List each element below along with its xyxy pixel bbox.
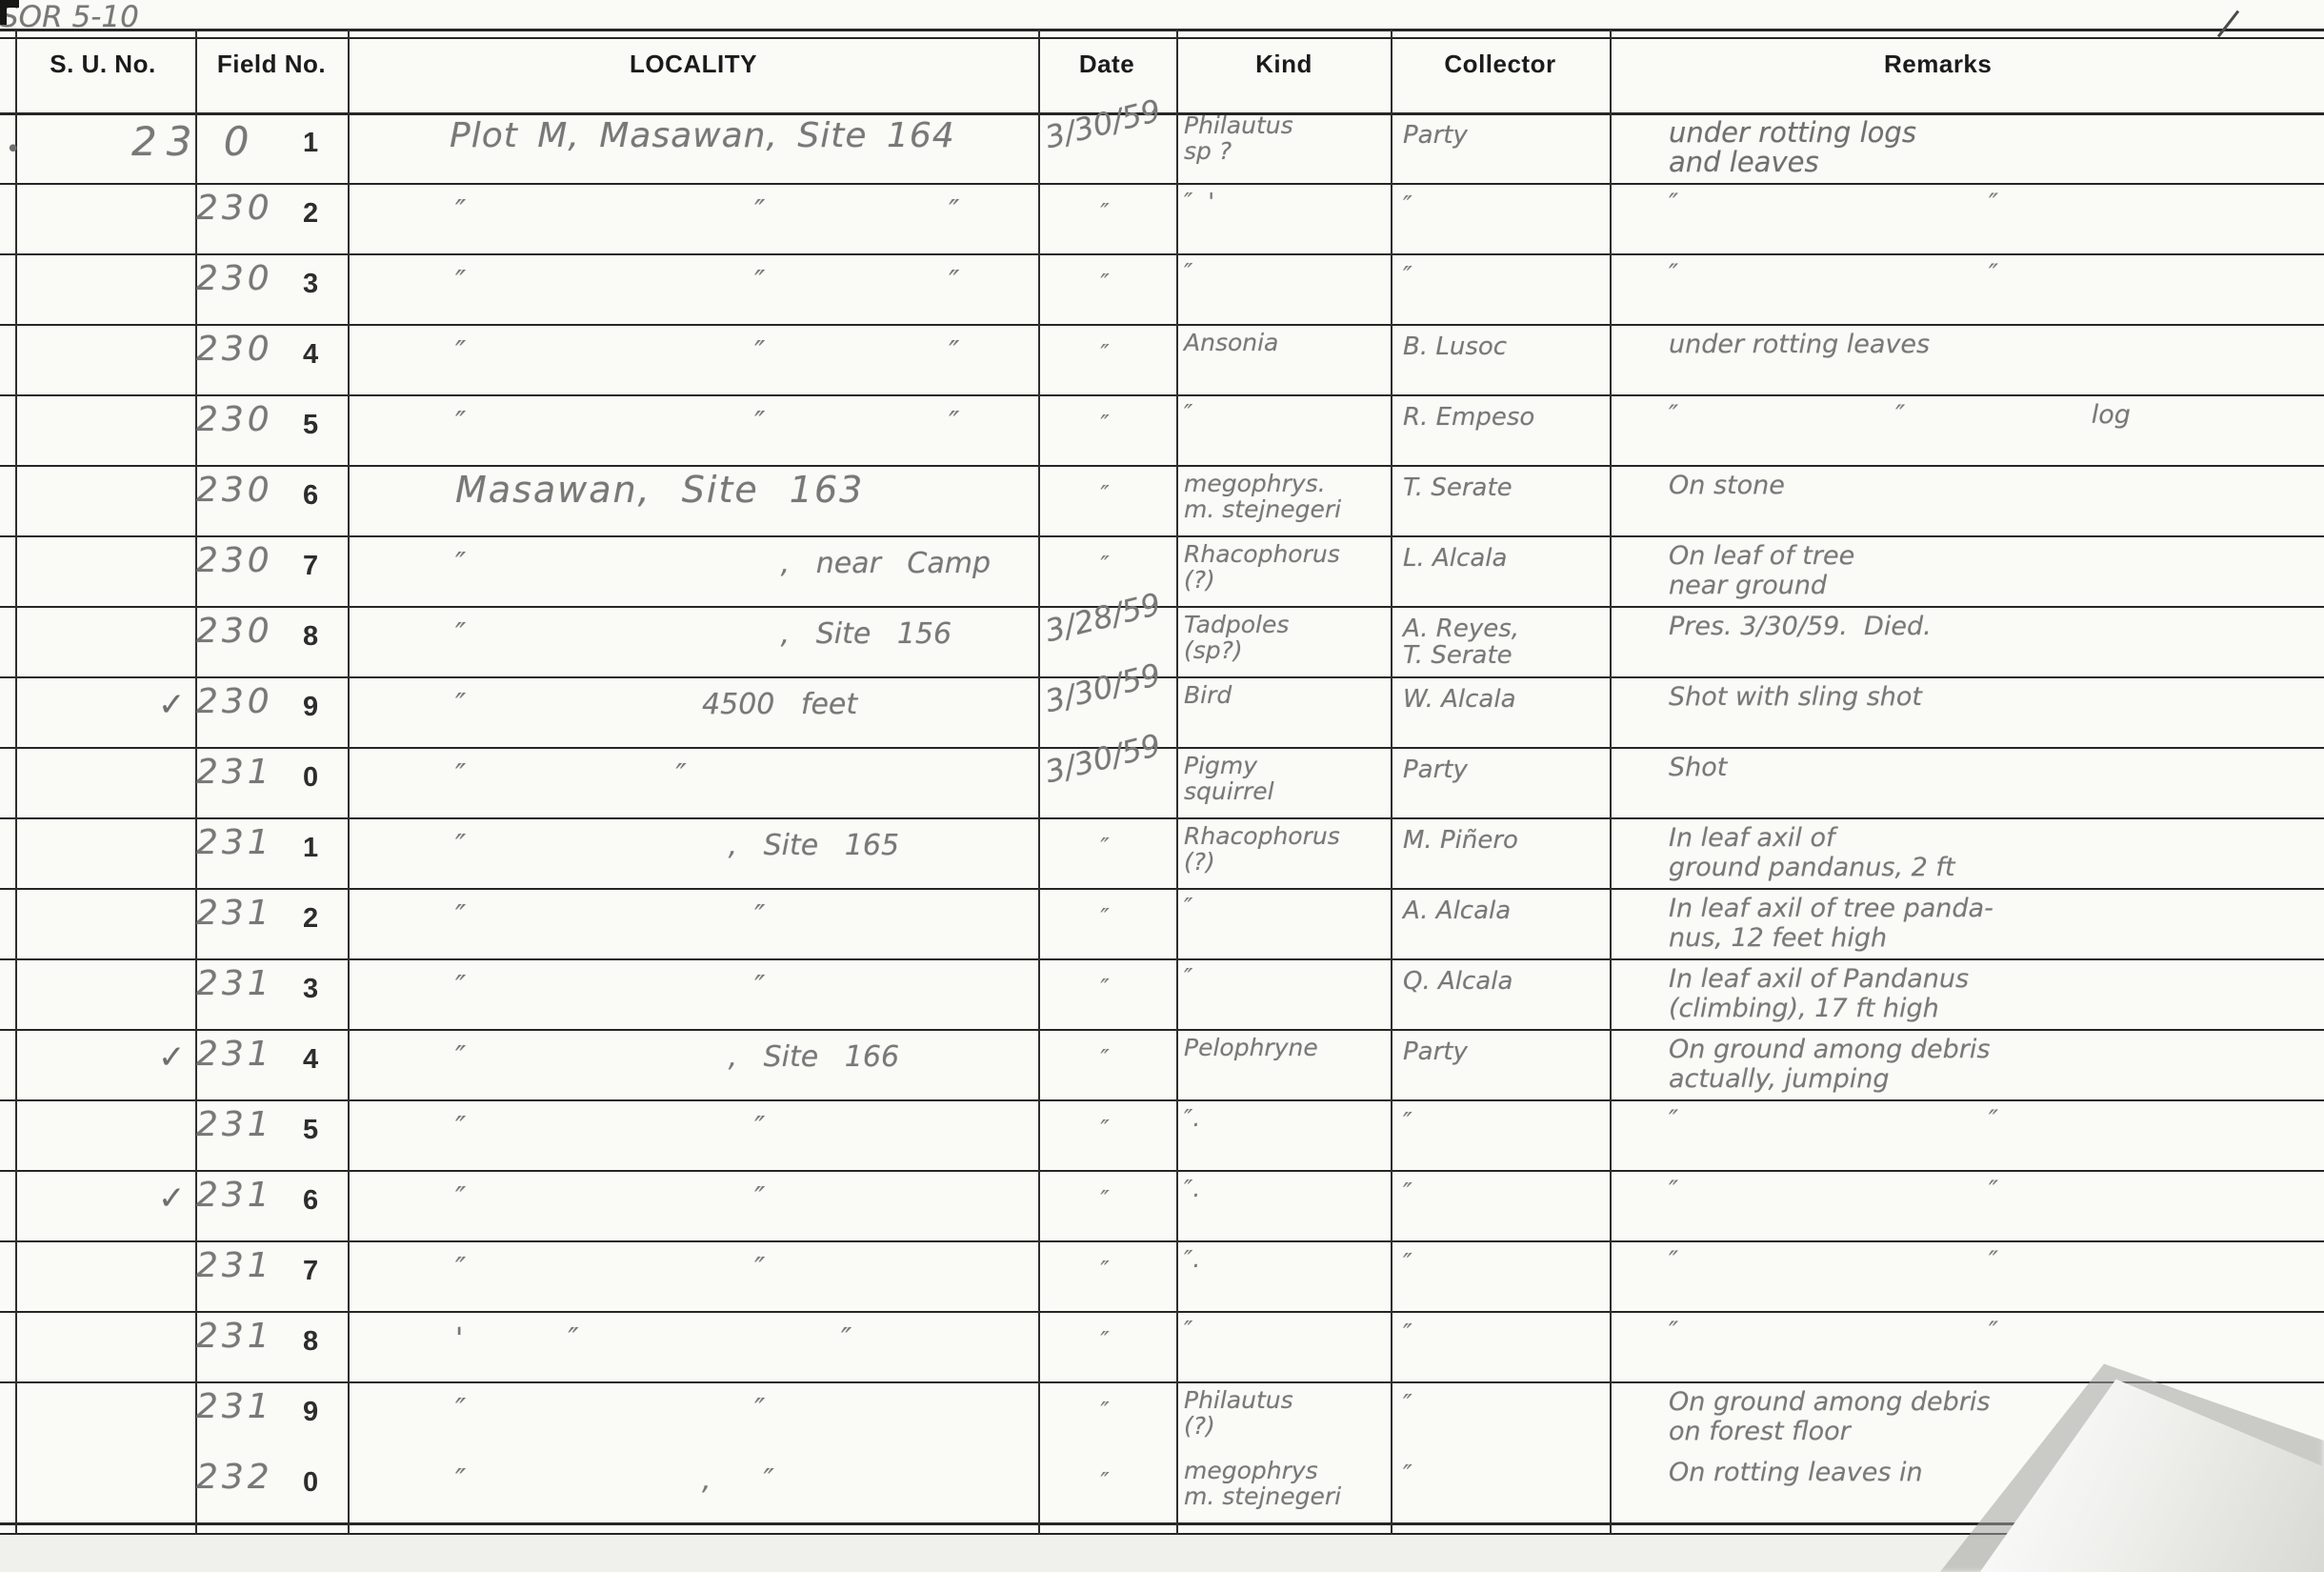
date-cell: ″ — [1038, 1467, 1172, 1495]
field-no-printed: 5 — [303, 410, 318, 441]
locality-cell: ″ ″ ″ — [455, 406, 959, 439]
locality-cell: ″ ″ — [455, 758, 687, 792]
kind-cell: ″ ' — [1184, 189, 1398, 214]
field-no-printed: 6 — [303, 1185, 318, 1217]
field-no-printed: 6 — [303, 480, 318, 512]
column-header-su-no: S. U. No. — [27, 50, 179, 79]
locality-cell: ″ ″ — [455, 1252, 765, 1285]
table-row: 231 0 ″ ″ 3/30/59 Pigmy squirrel Party S… — [0, 747, 2324, 817]
column-header-kind: Kind — [1179, 50, 1389, 79]
table-row: 232 0 ″ , ″ ″ megophrys m. stejnegeri ″ … — [0, 1452, 2324, 1522]
field-no-handwritten: 230 — [196, 189, 273, 228]
field-no-printed: 4 — [303, 339, 318, 371]
margin-dot: • — [6, 135, 20, 164]
scan-bottom-strip — [0, 1535, 2324, 1572]
locality-cell: ″ ″ — [455, 1111, 765, 1144]
collector-cell: ″ — [1403, 1320, 1608, 1347]
collector-cell: Q. Alcala — [1403, 968, 1608, 995]
field-no-printed: 7 — [303, 1256, 318, 1287]
date-cell: ″ — [1038, 1397, 1172, 1424]
collector-cell: ″ — [1403, 1109, 1608, 1136]
table-row: 231 3 ″ ″ ″ ″ Q. Alcala In leaf axil of … — [0, 958, 2324, 1029]
kind-cell: megophrys m. stejnegeri — [1184, 1458, 1398, 1509]
table-row: 231 1 ″ , Site 165 ″ Rhacophorus (?) M. … — [0, 817, 2324, 888]
table-row: ✓ 231 6 ″ ″ ″ ″. ″ ″ ″ — [0, 1170, 2324, 1240]
check-mark: ✓ — [158, 1179, 186, 1218]
field-no-printed: 3 — [303, 974, 318, 1005]
date-cell: ″ — [1038, 1115, 1172, 1142]
date-cell: ″ — [1038, 833, 1172, 860]
table-row: 231 8 ' ″ ″ ″ ″ ″ ″ ″ — [0, 1311, 2324, 1381]
remarks-cell: In leaf axil of ground pandanus, 2 ft — [1669, 823, 2324, 882]
date-cell: ″ — [1038, 1326, 1172, 1354]
column-header-collector: Collector — [1392, 50, 1608, 79]
remarks-cell: ″ ″ log — [1669, 400, 2324, 430]
collector-cell: ″ — [1403, 1179, 1608, 1206]
collector-cell: A. Reyes, T. Serate — [1403, 615, 1608, 669]
kind-cell: ″ — [1184, 400, 1398, 426]
kind-cell: Bird — [1184, 682, 1398, 708]
collector-cell: Party — [1403, 756, 1608, 783]
kind-cell: ″ — [1184, 894, 1398, 919]
kind-cell: Rhacophorus (?) — [1184, 823, 1398, 875]
date-cell: 3/30/59 — [1033, 91, 1172, 158]
locality-cell: ″ ″ ″ — [455, 335, 959, 369]
remarks-cell: ″ ″ — [1669, 1105, 2324, 1135]
date-cell: ″ — [1038, 198, 1172, 226]
locality-cell: ″ 4500 feet — [455, 688, 857, 721]
locality-cell: ' ″ ″ — [455, 1322, 851, 1356]
remarks-cell: ″ ″ — [1669, 259, 2324, 289]
field-no-printed: 0 — [303, 762, 318, 794]
kind-cell: ″. — [1184, 1176, 1398, 1201]
field-no-handwritten: 230 — [196, 682, 273, 721]
locality-cell: Plot M, Masawan, Site 164 — [450, 116, 955, 155]
field-no-handwritten: 231 — [196, 1317, 273, 1356]
column-header-remarks: Remarks — [1884, 50, 1992, 79]
remarks-cell: On leaf of tree near ground — [1669, 541, 2324, 600]
collector-cell: ″ — [1403, 192, 1608, 219]
remarks-cell: under rotting leaves — [1669, 330, 2324, 359]
field-no-printed: 4 — [303, 1044, 318, 1076]
date-cell: ″ — [1038, 339, 1172, 367]
field-no-handwritten: 231 — [196, 753, 273, 792]
field-no-printed: 9 — [303, 692, 318, 723]
locality-cell: ″ ″ — [455, 1181, 765, 1215]
remarks-cell: On rotting leaves in — [1669, 1458, 2324, 1487]
field-no-handwritten: 230 — [196, 612, 273, 651]
kind-cell: Philautus (?) — [1184, 1387, 1398, 1439]
kind-cell: ″. — [1184, 1105, 1398, 1131]
kind-cell: Pigmy squirrel — [1184, 753, 1398, 804]
collector-cell: L. Alcala — [1403, 545, 1608, 572]
collector-cell: R. Empeso — [1403, 404, 1608, 431]
field-no-printed: 1 — [303, 128, 318, 159]
collector-cell: ″ — [1403, 1250, 1608, 1277]
remarks-cell: Shot — [1669, 753, 2324, 782]
kind-cell: ″ — [1184, 259, 1398, 285]
check-mark: ✓ — [158, 1038, 186, 1077]
field-no-handwritten: 231 — [196, 1176, 273, 1215]
kind-cell: ″ — [1184, 1317, 1398, 1342]
field-no-printed: 8 — [303, 621, 318, 653]
date-cell: ″ — [1038, 903, 1172, 931]
scanned-field-catalog-page: S. U. No. Field No. LOCALITY Date Kind C… — [0, 0, 2324, 1572]
remarks-cell: On ground among debris actually, jumping — [1669, 1035, 2324, 1094]
collector-cell: Party — [1403, 1038, 1608, 1065]
table-row: 231 7 ″ ″ ″ ″. ″ ″ ″ — [0, 1240, 2324, 1311]
locality-cell: Masawan, Site 163 — [455, 469, 864, 511]
date-cell: ″ — [1038, 551, 1172, 578]
locality-cell: ″ , Site 166 — [455, 1040, 899, 1074]
date-cell: ″ — [1038, 269, 1172, 296]
remarks-cell: Shot with sling shot — [1669, 682, 2324, 712]
table-row: 231 5 ″ ″ ″ ″. ″ ″ ″ — [0, 1099, 2324, 1170]
date-cell: ″ — [1038, 1185, 1172, 1213]
date-cell: ″ — [1038, 410, 1172, 437]
remarks-cell: under rotting logs and leaves — [1669, 118, 2324, 177]
field-no-printed: 7 — [303, 551, 318, 582]
collector-cell: ″ — [1403, 1461, 1608, 1488]
date-cell: ″ — [1038, 1044, 1172, 1072]
field-no-handwritten: 23 0 — [131, 118, 331, 165]
field-no-printed: 9 — [303, 1397, 318, 1428]
remarks-cell: Pres. 3/30/59. Died. — [1669, 612, 2324, 641]
remarks-cell: ″ ″ — [1669, 1176, 2324, 1205]
field-no-printed: 5 — [303, 1115, 318, 1146]
locality-cell: ″ ″ — [455, 1393, 765, 1426]
field-no-handwritten: 231 — [196, 964, 273, 1003]
date-cell: ″ — [1038, 1256, 1172, 1283]
table-row: 231 9 ″ ″ ″ Philautus (?) ″ On ground am… — [0, 1381, 2324, 1452]
kind-cell: Tadpoles (sp?) — [1184, 612, 1398, 663]
field-no-handwritten: 231 — [196, 894, 273, 933]
kind-cell: Ansonia — [1184, 330, 1398, 355]
table-row: 230 6 Masawan, Site 163 ″ megophrys. m. … — [0, 465, 2324, 535]
collector-cell: ″ — [1403, 263, 1608, 290]
field-no-handwritten: 231 — [196, 1035, 273, 1074]
collector-cell: W. Alcala — [1403, 686, 1608, 713]
check-mark: ✓ — [158, 686, 186, 724]
field-no-printed: 3 — [303, 269, 318, 300]
kind-cell: ″. — [1184, 1246, 1398, 1272]
field-no-printed: 0 — [303, 1467, 318, 1499]
field-no-handwritten: 230 — [196, 400, 273, 439]
locality-cell: ″ , near Camp — [455, 547, 991, 580]
kind-cell: ″ — [1184, 964, 1398, 990]
locality-cell: ″ ″ — [455, 899, 765, 933]
locality-cell: ″ ″ ″ — [455, 265, 959, 298]
date-cell: ″ — [1038, 480, 1172, 508]
date-cell: ″ — [1038, 974, 1172, 1001]
field-no-printed: 2 — [303, 198, 318, 230]
field-no-printed: 1 — [303, 833, 318, 864]
table-row: 230 2 ″ ″ ″ ″ ″ ' ″ ″ ″ — [0, 183, 2324, 253]
field-no-handwritten: 232 — [196, 1458, 273, 1497]
locality-cell: ″ , Site 156 — [455, 617, 952, 651]
field-no-handwritten: 231 — [196, 1246, 273, 1285]
field-no-handwritten: 230 — [196, 330, 273, 369]
locality-cell: ″ , ″ — [455, 1463, 774, 1497]
remarks-cell: ″ ″ — [1669, 1317, 2324, 1346]
remarks-cell: ″ ″ — [1669, 1246, 2324, 1276]
field-no-handwritten: 231 — [196, 1387, 273, 1426]
locality-cell: ″ ″ — [455, 970, 765, 1003]
collector-cell: Party — [1403, 122, 1608, 149]
collector-cell: T. Serate — [1403, 474, 1608, 501]
field-no-handwritten: 231 — [196, 1105, 273, 1144]
remarks-cell: On stone — [1669, 471, 2324, 500]
kind-cell: Rhacophorus (?) — [1184, 541, 1398, 593]
field-no-printed: 2 — [303, 903, 318, 935]
locality-cell: ″ , Site 165 — [455, 829, 899, 862]
kind-cell: Philautus sp ? — [1184, 112, 1398, 164]
remarks-cell: On ground among debris on forest floor — [1669, 1387, 2324, 1446]
collector-cell: M. Piñero — [1403, 827, 1608, 854]
kind-cell: Pelophryne — [1184, 1035, 1398, 1060]
table-row: 231 2 ″ ″ ″ ″ A. Alcala In leaf axil of … — [0, 888, 2324, 958]
scan-corner-mark — [0, 0, 7, 25]
field-no-handwritten: 230 — [196, 541, 273, 580]
column-header-field-no: Field No. — [200, 50, 343, 79]
collector-cell: ″ — [1403, 1391, 1608, 1418]
field-no-printed: 8 — [303, 1326, 318, 1358]
remarks-cell: ″ ″ — [1669, 189, 2324, 218]
table-row: 230 4 ″ ″ ″ ″ Ansonia B. Lusoc under rot… — [0, 324, 2324, 394]
collector-cell: A. Alcala — [1403, 897, 1608, 924]
column-header-date: Date — [1040, 50, 1173, 79]
kind-cell: megophrys. m. stejnegeri — [1184, 471, 1398, 522]
table-row: 230 5 ″ ″ ″ ″ ″ R. Empeso ″ ″ log — [0, 394, 2324, 465]
remarks-cell: In leaf axil of Pandanus (climbing), 17 … — [1669, 964, 2324, 1023]
collector-cell: B. Lusoc — [1403, 333, 1608, 360]
column-header-locality: LOCALITY — [352, 50, 1034, 79]
remarks-cell: In leaf axil of tree panda- nus, 12 feet… — [1669, 894, 2324, 953]
table-row: ✓ 231 4 ″ , Site 166 ″ Pelophryne Party … — [0, 1029, 2324, 1099]
table-row: • 23 0 1 Plot M, Masawan, Site 164 3/30/… — [0, 112, 2324, 183]
field-no-handwritten: 231 — [196, 823, 273, 862]
locality-cell: ″ ″ ″ — [455, 194, 959, 228]
field-no-handwritten: 230 — [196, 259, 273, 298]
field-no-handwritten: 230 — [196, 471, 273, 510]
table-row: 230 3 ″ ″ ″ ″ ″ ″ ″ ″ — [0, 253, 2324, 324]
